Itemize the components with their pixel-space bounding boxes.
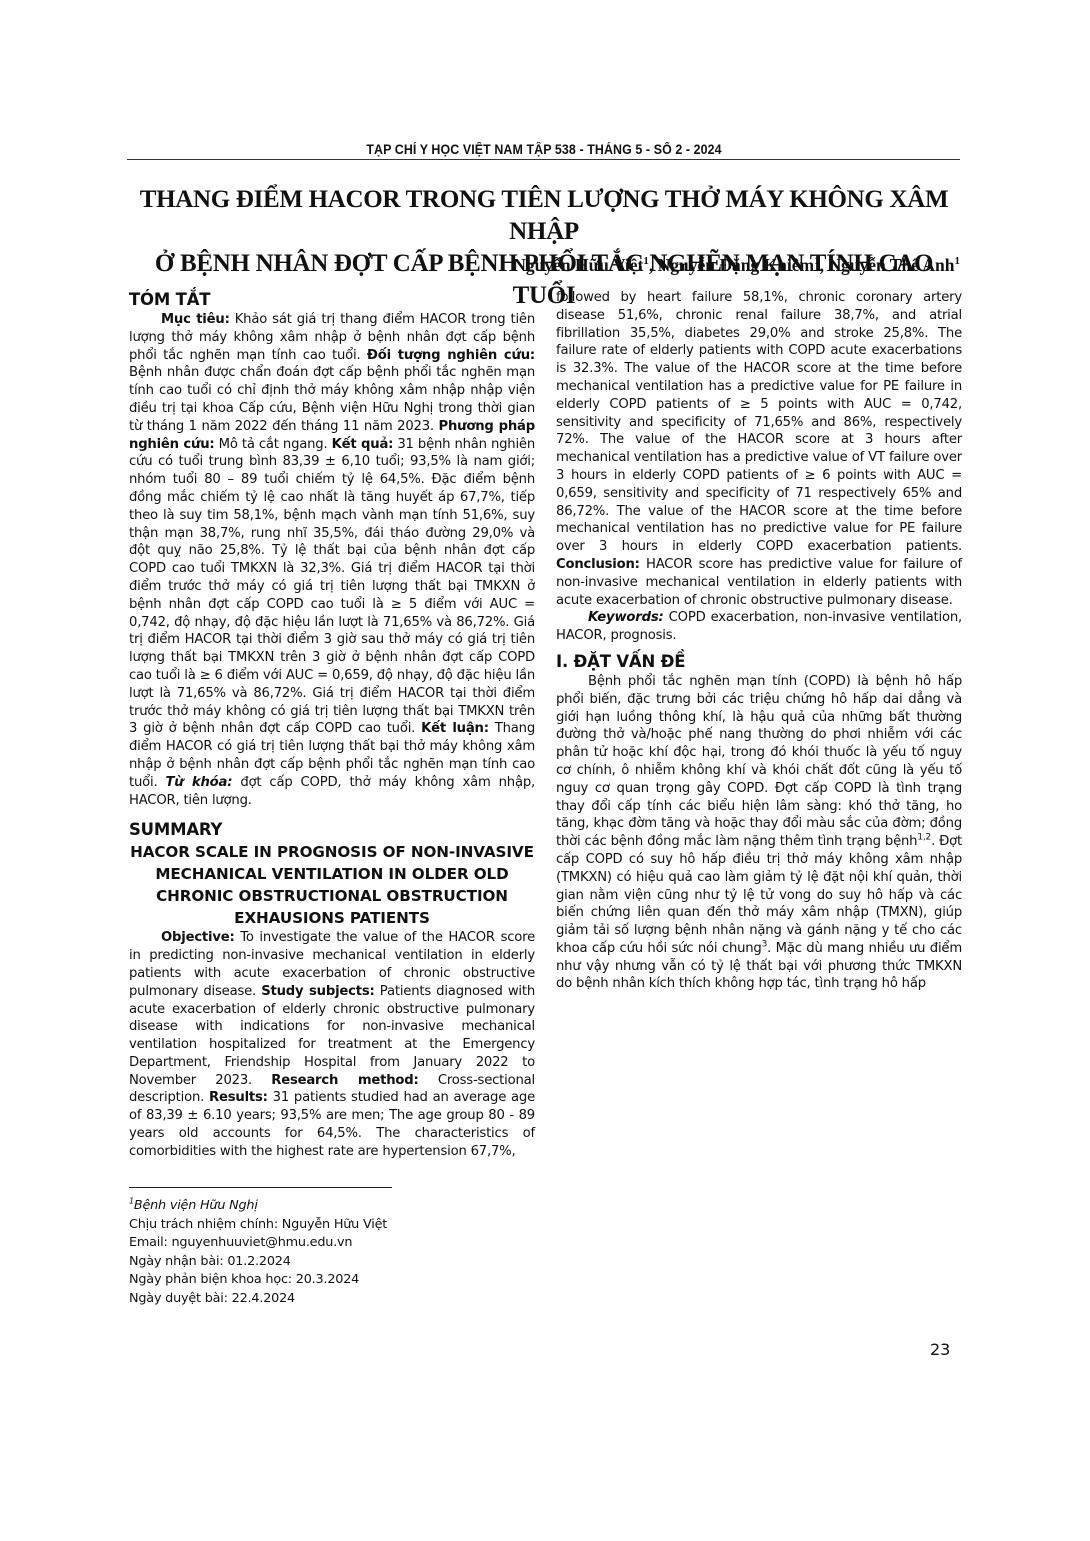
abstract-en-body-part1: Objective: To investigate the value of t…: [129, 929, 535, 1160]
abstract-vi-heading: TÓM TẮT: [129, 289, 535, 311]
author-name: Nguyễn Hữu Việt: [513, 255, 643, 275]
author-separator: ,: [649, 255, 658, 275]
author-name: Nguyễn Đặng Khiêm: [658, 255, 815, 275]
keywords-en: Keywords: COPD exacerbation, non-invasiv…: [556, 609, 962, 645]
section-1-text: Bệnh phổi tắc nghẽn mạn tính (COPD) là b…: [556, 674, 962, 849]
left-column: TÓM TẮT Mục tiêu: Khảo sát giá trị thang…: [129, 289, 535, 1161]
objective-label-en: Objective:: [161, 930, 235, 945]
right-column: followed by heart failure 58,1%, chronic…: [556, 289, 962, 993]
running-head: TẠP CHÍ Y HỌC VIỆT NAM TẬP 538 - THÁNG 5…: [161, 142, 926, 157]
title-line-1: THANG ĐIỂM HACOR TRONG TIÊN LƯỢNG THỞ MÁ…: [128, 184, 960, 248]
keywords-label: Từ khóa:: [166, 775, 233, 790]
objective-label: Mục tiêu:: [161, 312, 230, 327]
results-text: 31 bệnh nhân nghiên cứu có tuổi trung bì…: [129, 437, 535, 737]
abstract-en-body-part2: followed by heart failure 58,1%, chronic…: [556, 289, 962, 609]
summary-heading: SUMMARY: [129, 819, 535, 841]
affiliation-mark: 1: [955, 255, 961, 267]
journal-page: TẠP CHÍ Y HỌC VIỆT NAM TẬP 538 - THÁNG 5…: [0, 0, 1090, 1541]
results-label: Kết quả:: [332, 437, 394, 452]
subjects-label-en: Study subjects:: [261, 984, 374, 999]
author-name: Nguyễn Thế Anh: [828, 255, 954, 275]
page-number: 23: [930, 1340, 950, 1359]
section-1-heading: I. ĐẶT VẤN ĐỀ: [556, 651, 962, 673]
affiliation-text: Bệnh viện Hữu Nghị: [134, 1198, 258, 1213]
method-text: Mô tả cắt ngang.: [215, 437, 332, 452]
abstract-en-continued: followed by heart failure 58,1%, chronic…: [556, 289, 962, 609]
results-label-en: Results:: [209, 1090, 268, 1105]
received-date: Ngày nhận bài: 01.2.2024: [129, 1253, 535, 1272]
citation: 1,2: [917, 833, 931, 843]
section-1-paragraph: Bệnh phổi tắc nghẽn mạn tính (COPD) là b…: [556, 673, 962, 993]
footnote-rule: [129, 1187, 392, 1188]
accepted-date: Ngày duyệt bài: 22.4.2024: [129, 1290, 535, 1309]
keywords-label-en: Keywords:: [588, 610, 664, 625]
conclusion-label-en: Conclusion:: [556, 557, 640, 572]
email: Email: nguyenhuuviet@hmu.edu.vn: [129, 1234, 535, 1253]
conclusion-label: Kết luận:: [421, 721, 489, 736]
header-rule: [127, 159, 960, 160]
method-label-en: Research method:: [271, 1073, 418, 1088]
review-date: Ngày phản biện khoa học: 20.3.2024: [129, 1271, 535, 1290]
affiliation-footnote: 1Bệnh viện Hữu Nghị: [129, 1197, 535, 1216]
subjects-label: Đối tượng nghiên cứu:: [367, 348, 535, 363]
summary-title: HACOR SCALE IN PROGNOSIS OF NON-INVASIVE…: [129, 841, 535, 929]
footnotes: 1Bệnh viện Hữu Nghị Chịu trách nhiệm chí…: [129, 1197, 535, 1309]
section-1-text: . Đợt cấp COPD có suy hô hấp điều trị th…: [556, 834, 962, 956]
author-list: Nguyễn Hữu Việt1, Nguyễn Đặng Khiêm1, Ng…: [513, 255, 960, 276]
abstract-vi-body: Mục tiêu: Khảo sát giá trị thang điểm HA…: [129, 311, 535, 809]
results-text-en: followed by heart failure 58,1%, chronic…: [556, 290, 962, 554]
corresponding-author: Chịu trách nhiệm chính: Nguyễn Hữu Việt: [129, 1216, 535, 1235]
